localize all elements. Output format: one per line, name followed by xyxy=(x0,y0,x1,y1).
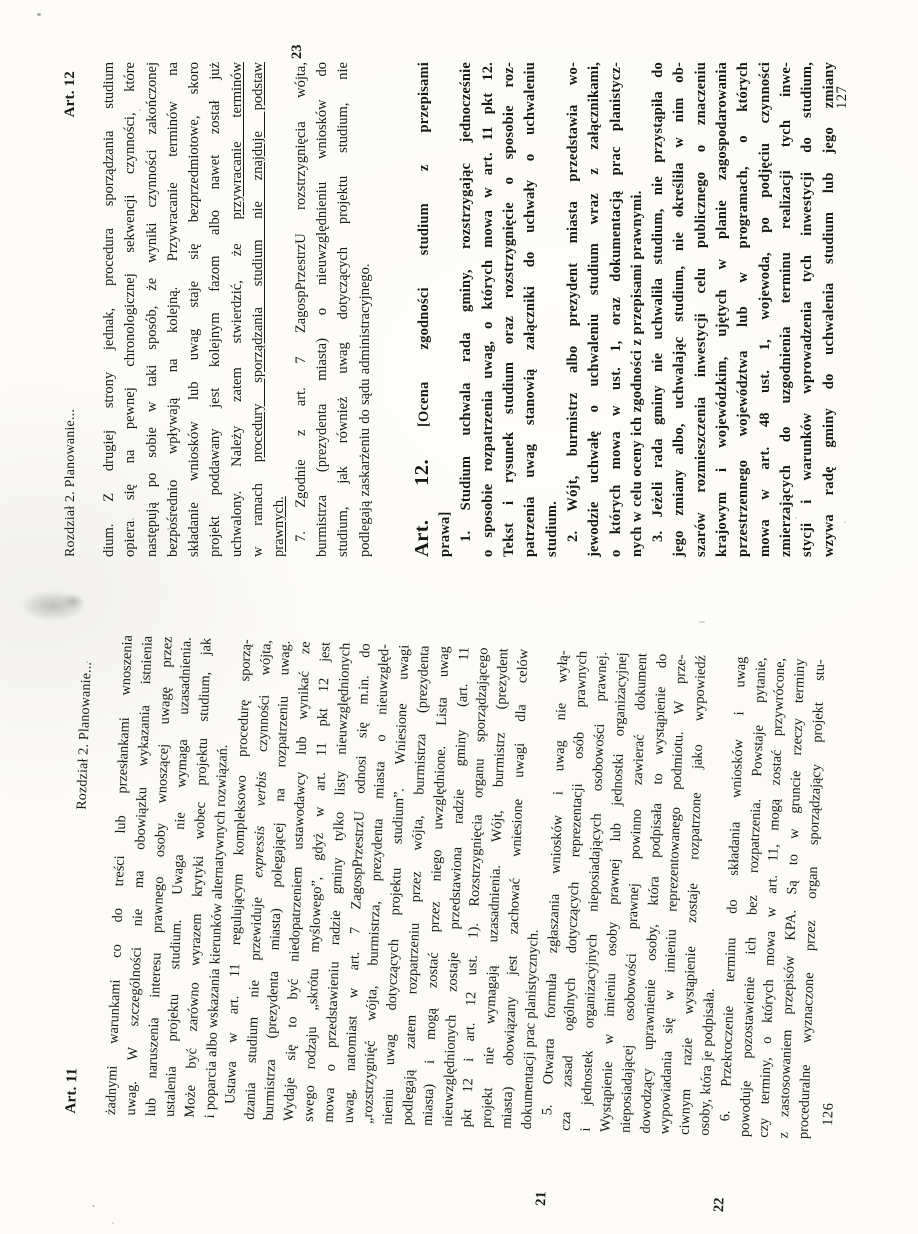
page-number: 127 xyxy=(834,86,851,109)
italic-latin-phrase: expressis verbis xyxy=(250,771,270,878)
page-127: Rozdział 2. Planowanie... Art. 12 dium. … xyxy=(55,17,855,557)
text-line: prawnych. xyxy=(269,62,290,557)
text-line: projekt poddawany jest kolejnym fazom al… xyxy=(205,62,226,557)
ink-smudge xyxy=(24,586,94,624)
text-line: Tekst i rysunek studium oraz rozstrzygni… xyxy=(499,62,520,557)
running-head-article: Art. 12 xyxy=(62,71,79,117)
text-line: w ramach procedury sporządzania studium … xyxy=(248,62,269,557)
text-line: o których mowa w ust. 1, oraz dokumentac… xyxy=(606,62,627,557)
text-line: zmierzających do uzgodnienia terminu rea… xyxy=(776,62,797,557)
dust-speck xyxy=(92,1205,95,1207)
text-line: składanie wniosków lub uwag staje się be… xyxy=(184,62,205,557)
text-line: 7. Zgodnie z art. 7 ZagospPrzestrzU rozs… xyxy=(291,62,312,557)
dust-speck xyxy=(844,521,846,523)
text-line: następują po sobie w taki sposób, że wyn… xyxy=(142,62,163,557)
text-line: nych w celu oceny ich zgodności z przepi… xyxy=(627,62,648,557)
dust-speck xyxy=(699,621,705,623)
text-line: jego zmiany albo, uchwalając studium, ni… xyxy=(669,62,690,557)
text-line: studium. xyxy=(542,62,563,557)
text-line: studium, jak również uwag dotyczących pr… xyxy=(333,62,354,557)
text-line: opiera się na pewnej chronologicznej sek… xyxy=(120,62,141,557)
text-line: mowa w art. 48 ust. 1, wojewoda, po podj… xyxy=(755,62,776,557)
text-line: patrzenia uwag stanowią załączniki do uc… xyxy=(520,62,541,557)
dust-speck xyxy=(167,528,170,530)
underlined-phrase: prawnych. xyxy=(271,496,287,557)
margin-note-number: 23 xyxy=(289,19,306,59)
body-text: dium. Z drugiej strony jednak, procedura… xyxy=(99,62,840,557)
text-line: podlegają zaskarżeniu do sądu administra… xyxy=(355,62,376,557)
margin-note-number: 21 xyxy=(533,1162,552,1207)
text-line: krajowym i wojewódzkim, ujętych w planie… xyxy=(712,62,733,557)
text-line: o sposobie rozpatrzenia uwag, o których … xyxy=(478,62,499,557)
margin-note-number: 22 xyxy=(711,1168,730,1213)
running-head: Rozdział 2. Planowanie... Art. 12 xyxy=(62,71,79,557)
scanned-book-spread: Rozdział 2. Planowanie... Art. 12 dium. … xyxy=(0,0,918,1234)
dust-speck xyxy=(132,518,134,520)
page-number: 126 xyxy=(820,1102,838,1126)
text-line: wzywa radę gminy do uchwalenia studium l… xyxy=(819,62,840,557)
text-line: prawa] xyxy=(435,62,456,557)
body-text: żadnymi warunkami co do treści lub przes… xyxy=(102,635,831,1140)
dust-speck xyxy=(112,1222,114,1224)
text-line: uchwalony. Należy zatem stwierdzić, że p… xyxy=(227,62,248,557)
running-head-article: Art. 11 xyxy=(63,1068,82,1114)
text-line: 3. Jeżeli rada gminy nie uchwaliła studi… xyxy=(648,62,669,557)
text-line: 1. Studium uchwala rada gminy, rozstrzyg… xyxy=(456,62,477,557)
running-head: Art. 11 Rozdział 2. Planowanie... xyxy=(63,661,96,1113)
text-line: przestrzennego województwa lub w program… xyxy=(733,62,754,557)
article-number-heading: Art. 12. xyxy=(411,459,433,557)
text-line: 2. Wójt, burmistrz albo prezydent miasta… xyxy=(563,62,584,557)
text-line: jewodzie uchwałę o uchwaleniu studium wr… xyxy=(584,62,605,557)
underlined-phrase: przywracanie terminów xyxy=(229,62,245,220)
text-line: Art. 12. [Ocena zgodności studium z prze… xyxy=(412,62,435,557)
running-head-chapter: Rozdział 2. Planowanie... xyxy=(63,409,79,557)
text-line: bezpośrednio wpływają na kolejną. Przywr… xyxy=(163,62,184,557)
underlined-phrase: procedury sporządzania studium nie znajd… xyxy=(250,62,266,462)
text-line: burmistrza (prezydenta miasta) o nieuwzg… xyxy=(312,62,333,557)
text-line: szarów rozmieszczenia inwestycji celu pu… xyxy=(691,62,712,557)
dust-speck xyxy=(795,517,797,519)
dust-speck xyxy=(236,521,238,523)
dust-speck xyxy=(86,661,88,663)
text-line: stycji i warunków wprowadzenia tych inwe… xyxy=(797,62,818,557)
dust-speck xyxy=(37,13,41,16)
dust-speck xyxy=(139,109,141,111)
page-126: Art. 11 Rozdział 2. Planowanie... żadnym… xyxy=(58,573,876,1141)
running-head-chapter: Rozdział 2. Planowanie... xyxy=(75,661,96,810)
text-line: dium. Z drugiej strony jednak, procedura… xyxy=(99,62,120,557)
